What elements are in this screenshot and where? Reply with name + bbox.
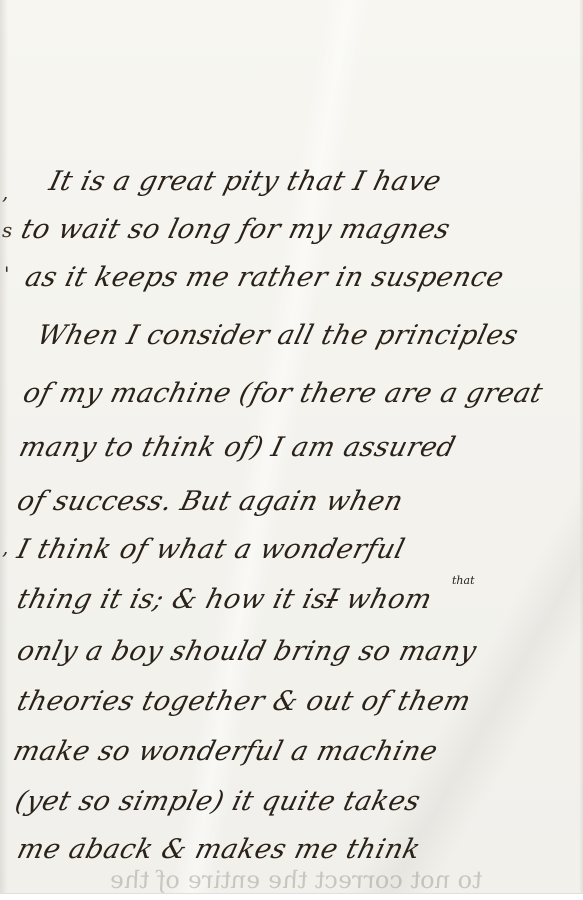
handwritten-line-1: It is a great pity that I have <box>46 166 445 197</box>
handwritten-line-3: as it keeps me rather in suspence <box>22 262 507 293</box>
bleed-through-text: to not correct the entire of the <box>107 866 486 894</box>
page-left-edge-shadow <box>0 0 8 900</box>
handwritten-line-13: (yet so simple) it quite takes <box>12 786 424 817</box>
margin-mark: , <box>2 180 8 204</box>
handwritten-line-8: I think of what a wonderful <box>14 534 408 565</box>
handwritten-line-4: When I consider all the principles <box>34 320 522 351</box>
handwritten-line-2: to wait so long for my magnes <box>18 214 453 245</box>
handwritten-line-11: theories together & out of them <box>14 686 474 717</box>
handwritten-line-5: of my machine (for there are a great <box>20 378 546 409</box>
handwritten-line-14: me aback & makes me think <box>14 834 424 865</box>
line-9-main: thing it is; & how it is <box>14 584 331 615</box>
page-bottom-edge <box>0 893 583 900</box>
handwritten-line-9: thing it is; & how it isI whom <box>14 584 435 615</box>
margin-mark: ' <box>4 262 10 286</box>
margin-mark: , <box>2 535 8 559</box>
line-9-after: whom <box>334 584 435 615</box>
letter-page: , s ' , It is a great pity that I have t… <box>0 0 583 900</box>
handwritten-line-12: make so wonderful a machine <box>10 736 441 767</box>
handwritten-line-6: many to think of) I am assured <box>16 432 459 463</box>
margin-mark: s <box>2 218 12 242</box>
handwritten-line-7: of success. But again when <box>14 486 407 517</box>
page-right-edge <box>579 0 583 900</box>
handwritten-line-10: only a boy should bring so many <box>14 636 480 667</box>
caret-insertion: that <box>452 574 474 587</box>
